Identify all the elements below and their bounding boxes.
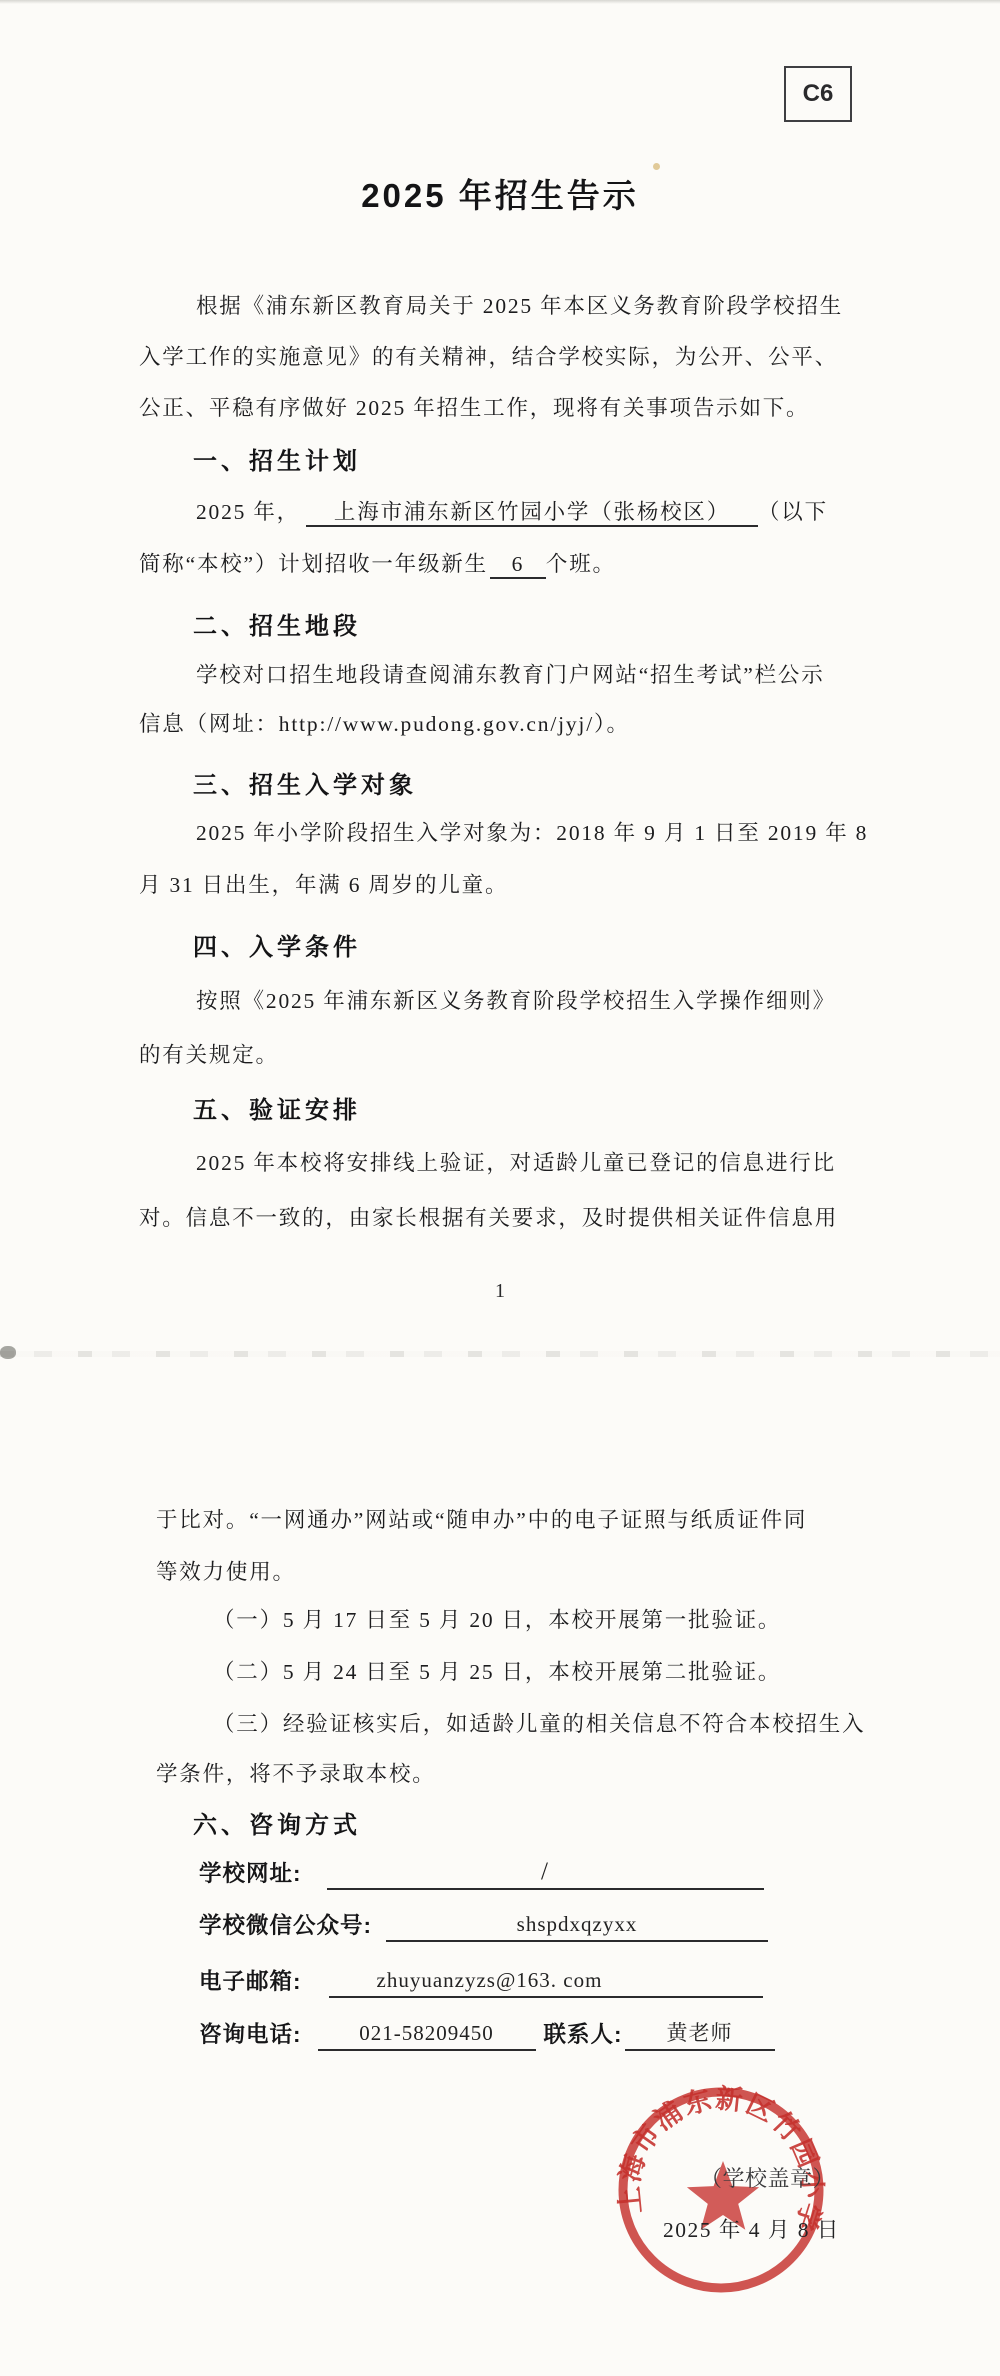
intro-line-1: 根据《浦东新区教育局关于 2025 年本区义务教育阶段学校招生 [139,292,941,320]
page-tag-box: C6 [784,66,852,122]
contact-row-wechat: 学校微信公众号:shspdxqzyxx [199,1910,768,1942]
section-1-heading: 一、招生计划 [193,447,361,477]
section-3-line-2: 月 31 日出生，年满 6 周岁的儿童。 [139,871,884,899]
section-5-item-2: （二）5 月 24 日至 5 月 25 日，本校开展第二批验证。 [156,1658,958,1686]
section-5-cont-line-1: 于比对。“一网通办”网站或“随申办”中的电子证照与纸质证件同 [156,1506,901,1534]
section-5-item-1: （一）5 月 17 日至 5 月 20 日，本校开展第一批验证。 [156,1606,958,1634]
email-value-line: zhuyuanzyzs@163. com [329,1966,763,1998]
scan-top-edge [0,0,1000,4]
section-1-line-1: 2025 年，上海市浦东新区竹园小学（张杨校区）（以下 [139,498,941,527]
section-5-cont-line-2: 等效力使用。 [156,1558,901,1586]
scan-speck-left [0,1346,16,1359]
wechat-label: 学校微信公众号: [199,1910,372,1942]
website-value-line: / [327,1858,764,1890]
class-count-fill: 6 [490,551,546,579]
page-tag-label: C6 [803,80,834,108]
contact-person-value-line: 黄老师 [625,2019,775,2051]
section-3-line-1: 2025 年小学阶段招生入学对象为：2018 年 9 月 1 日至 2019 年… [139,819,941,847]
notice-date: 2025 年 4 月 8 日 [663,2213,840,2244]
section-6-heading: 六、咨询方式 [193,1811,361,1841]
scan-speck [653,163,660,170]
section-1-line-2: 简称“本校”）计划招收一年级新生6个班。 [139,550,884,579]
section-1-line-2-pre: 简称“本校”）计划招收一年级新生 [139,552,488,576]
section-4-line-2: 的有关规定。 [139,1041,884,1069]
intro-line-2: 入学工作的实施意见》的有关精神，结合学校实际，为公开、公平、 [139,343,884,371]
phone-label: 咨询电话: [199,2019,302,2051]
section-1-line-2-post: 个班。 [546,552,616,576]
email-label: 电子邮箱: [199,1966,302,1998]
notice-title: 2025 年招生告示 [0,170,1000,217]
section-3-heading: 三、招生入学对象 [193,771,417,801]
contact-row-phone: 咨询电话:021-58209450联系人:黄老师 [199,2019,775,2051]
section-5-item-3-line-2: 学条件，将不予录取本校。 [156,1760,901,1788]
section-2-heading: 二、招生地段 [193,612,361,642]
section-5-heading: 五、验证安排 [193,1096,361,1126]
section-2-line-1: 学校对口招生地段请查阅浦东教育门户网站“招生考试”栏公示 [139,661,941,689]
contact-row-website: 学校网址:/ [199,1858,764,1890]
section-5-item-3-line-1: （三）经验证核实后，如适龄儿童的相关信息不符合本校招生入 [156,1710,958,1738]
section-4-line-1: 按照《2025 年浦东新区义务教育阶段学校招生入学操作细则》 [139,987,941,1015]
scanned-notice-document: C6 2025 年招生告示 根据《浦东新区教育局关于 2025 年本区义务教育阶… [0,0,1000,2376]
page-number: 1 [0,1280,1000,1303]
seal-caption: （学校盖章） [700,2162,835,2193]
section-5-line-2: 对。信息不一致的，由家长根据有关要求，及时提供相关证件信息用 [139,1204,884,1232]
section-5-line-1: 2025 年本校将安排线上验证，对适龄儿童已登记的信息进行比 [139,1149,941,1177]
scan-page-seam [0,1351,1000,1357]
contact-row-email: 电子邮箱:zhuyuanzyzs@163. com [199,1966,763,1998]
school-name-fill: 上海市浦东新区竹园小学（张杨校区） [306,499,758,527]
website-label: 学校网址: [199,1858,302,1890]
wechat-value-line: shspdxqzyxx [386,1910,768,1942]
intro-line-3: 公正、平稳有序做好 2025 年招生工作，现将有关事项告示如下。 [139,394,884,422]
section-2-line-2: 信息（网址：http://www.pudong.gov.cn/jyj/）。 [139,710,884,738]
section-1-line-1-post: （以下 [758,500,828,524]
contact-person-label: 联系人: [544,2019,623,2051]
section-4-heading: 四、入学条件 [193,933,361,963]
section-1-line-1-pre: 2025 年， [196,500,300,524]
phone-value-line: 021-58209450 [318,2019,536,2051]
